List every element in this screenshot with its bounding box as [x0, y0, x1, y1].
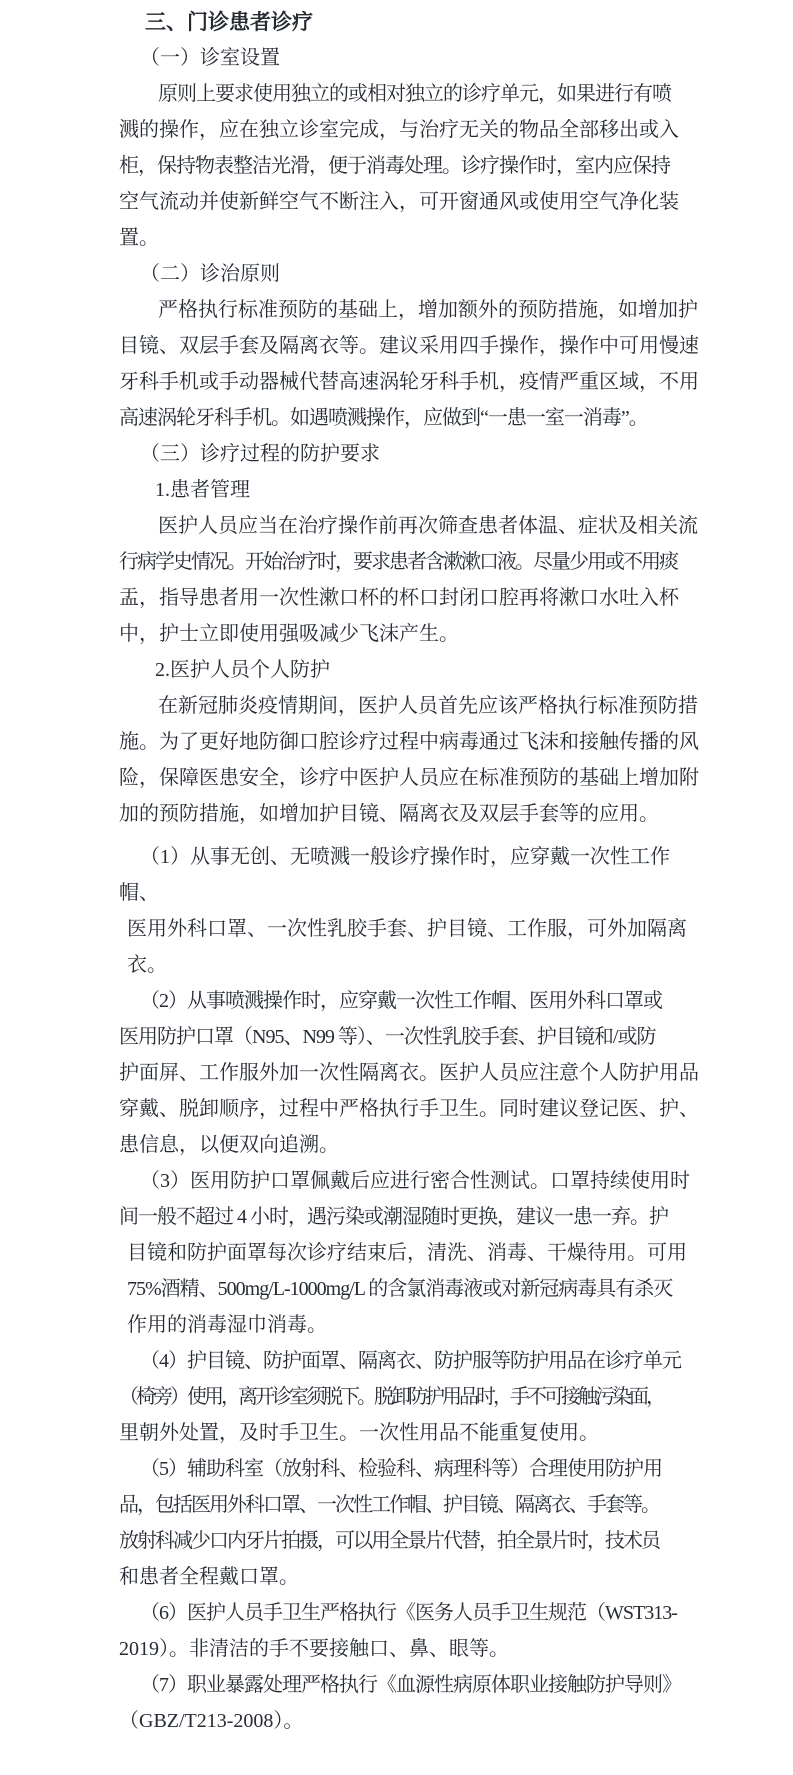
text-line: 75%酒精、500mg/L-1000mg/L 的含氯消毒液或对新冠病毒具有杀灭: [0, 1271, 793, 1307]
text-line: （三）诊疗过程的防护要求: [0, 436, 793, 472]
section-title: 三、门诊患者诊疗: [0, 4, 793, 40]
text-line: 中，护士立即使用强吸减少飞沫产生。: [0, 616, 793, 652]
text-line: （1）从事无创、无喷溅一般诊疗操作时，应穿戴一次性工作: [0, 839, 793, 875]
text-line: （5）辅助科室（放射科、检验科、病理科等）合理使用防护用: [0, 1451, 793, 1487]
text-line: 穿戴、脱卸顺序，过程中严格执行手卫生。同时建议登记医、护、: [0, 1091, 793, 1127]
text-line: 在新冠肺炎疫情期间，医护人员首先应该严格执行标准预防措: [0, 688, 793, 724]
text-line: 和患者全程戴口罩。: [0, 1559, 793, 1595]
text-line: 医用外科口罩、一次性乳胶手套、护目镜、工作服，可外加隔离: [0, 911, 793, 947]
text-line: 险，保障医患安全，诊疗中医护人员应在标准预防的基础上增加附: [0, 760, 793, 796]
text-line: 衣。: [0, 947, 793, 983]
text-line: 行病学史情况。开始治疗时，要求患者含漱漱口液。尽量少用或不用痰: [0, 544, 793, 580]
text-line: 原则上要求使用独立的或相对独立的诊疗单元，如果进行有喷: [0, 76, 793, 112]
text-line: 置。: [0, 220, 793, 256]
text-line: 医护人员应当在治疗操作前再次筛查患者体温、症状及相关流: [0, 508, 793, 544]
text-line: 里朝外处置，及时手卫生。一次性用品不能重复使用。: [0, 1415, 793, 1451]
text-line: （3）医用防护口罩佩戴后应进行密合性测试。口罩持续使用时: [0, 1163, 793, 1199]
text-line: 高速涡轮牙科手机。如遇喷溅操作，应做到“一患一室一消毒”。: [0, 400, 793, 436]
text-line: 目镜、双层手套及隔离衣等。建议采用四手操作，操作中可用慢速: [0, 328, 793, 364]
text-line: 柜，保持物表整洁光滑，便于消毒处理。诊疗操作时，室内应保持: [0, 148, 793, 184]
text-line: （7）职业暴露处理严格执行《血源性病原体职业接触防护导则》: [0, 1667, 793, 1703]
text-line: 品，包括医用外科口罩、一次性工作帽、护目镜、隔离衣、手套等。: [0, 1487, 793, 1523]
text-line: 放射科减少口内牙片拍摄，可以用全景片代替，拍全景片时，技术员: [0, 1523, 793, 1559]
text-line: 加的预防措施，如增加护目镜、隔离衣及双层手套等的应用。: [0, 796, 793, 832]
text-line: 施。为了更好地防御口腔诊疗过程中病毒通过飞沫和接触传播的风: [0, 724, 793, 760]
text-line: （GBZ/T213-2008）。: [0, 1703, 793, 1739]
document-page: 三、门诊患者诊疗（一）诊室设置原则上要求使用独立的或相对独立的诊疗单元，如果进行…: [0, 0, 793, 1775]
text-line: 空气流动并使新鲜空气不断注入，可开窗通风或使用空气净化装: [0, 184, 793, 220]
text-line: 目镜和防护面罩每次诊疗结束后，清洗、消毒、干燥待用。可用: [0, 1235, 793, 1271]
text-line: （二）诊治原则: [0, 256, 793, 292]
text-line: 医用防护口罩（N95、N99 等）、一次性乳胶手套、护目镜和/或防: [0, 1019, 793, 1055]
text-line: （6）医护人员手卫生严格执行《医务人员手卫生规范（WST313-: [0, 1595, 793, 1631]
text-line: 患信息，以便双向追溯。: [0, 1127, 793, 1163]
document-lines: 三、门诊患者诊疗（一）诊室设置原则上要求使用独立的或相对独立的诊疗单元，如果进行…: [0, 4, 793, 1739]
text-line: 2019）。非清洁的手不要接触口、鼻、眼等。: [0, 1631, 793, 1667]
text-line: 严格执行标准预防的基础上，增加额外的预防措施，如增加护: [0, 292, 793, 328]
text-line: （2）从事喷溅操作时，应穿戴一次性工作帽、医用外科口罩或: [0, 983, 793, 1019]
text-line: 2.医护人员个人防护: [0, 652, 793, 688]
text-line: （4）护目镜、防护面罩、隔离衣、防护服等防护用品在诊疗单元: [0, 1343, 793, 1379]
text-line: 护面屏、工作服外加一次性隔离衣。医护人员应注意个人防护用品: [0, 1055, 793, 1091]
text-line: 溅的操作，应在独立诊室完成，与治疗无关的物品全部移出或入: [0, 112, 793, 148]
text-line: （椅旁）使用，离开诊室须脱下。脱卸防护用品时，手不可接触污染面，: [0, 1379, 793, 1415]
text-line: 牙科手机或手动器械代替高速涡轮牙科手机，疫情严重区域，不用: [0, 364, 793, 400]
text-line: 1.患者管理: [0, 472, 793, 508]
text-line: 间一般不超过 4 小时，遇污染或潮湿随时更换，建议一患一弃。护: [0, 1199, 793, 1235]
text-line: 作用的消毒湿巾消毒。: [0, 1307, 793, 1343]
text-line: 帽、: [0, 875, 793, 911]
text-line: （一）诊室设置: [0, 40, 793, 76]
text-line: 盂，指导患者用一次性漱口杯的杯口封闭口腔再将漱口水吐入杯: [0, 580, 793, 616]
